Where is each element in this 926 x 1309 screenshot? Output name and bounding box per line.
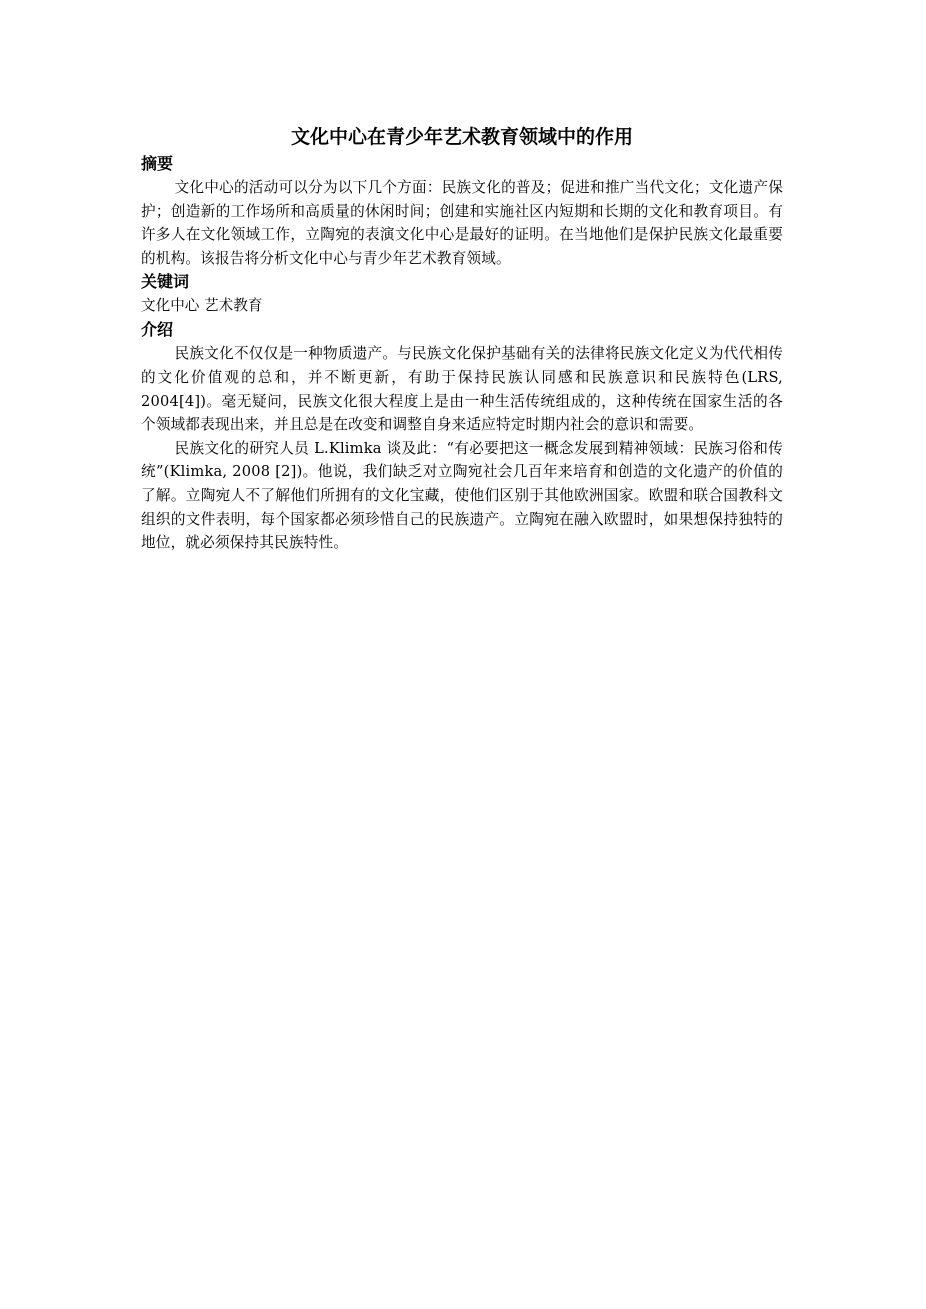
- keyword: 艺术教育: [199, 297, 262, 314]
- introduction-heading: 介绍: [141, 318, 783, 342]
- introduction-paragraph: 民族文化不仅仅是一种物质遗产。与民族文化保护基础有关的法律将民族文化定义为代代相…: [141, 342, 783, 436]
- abstract-paragraph: 文化中心的活动可以分为以下几个方面：民族文化的普及；促进和推广当代文化；文化遗产…: [141, 176, 783, 270]
- abstract-heading: 摘要: [141, 152, 783, 176]
- introduction-section: 介绍 民族文化不仅仅是一种物质遗产。与民族文化保护基础有关的法律将民族文化定义为…: [141, 318, 783, 554]
- keywords-section: 关键词 文化中心艺术教育: [141, 270, 783, 318]
- document-page: 文化中心在青少年艺术教育领域中的作用 摘要 文化中心的活动可以分为以下几个方面：…: [141, 122, 783, 555]
- keyword: 文化中心: [141, 297, 199, 314]
- document-title: 文化中心在青少年艺术教育领域中的作用: [141, 122, 783, 152]
- abstract-section: 摘要 文化中心的活动可以分为以下几个方面：民族文化的普及；促进和推广当代文化；文…: [141, 152, 783, 270]
- introduction-paragraph: 民族文化的研究人员 L.Klimka 谈及此：“有必要把这一概念发展到精神领域：…: [141, 437, 783, 555]
- keywords-heading: 关键词: [141, 270, 783, 294]
- keywords-list: 文化中心艺术教育: [141, 294, 783, 318]
